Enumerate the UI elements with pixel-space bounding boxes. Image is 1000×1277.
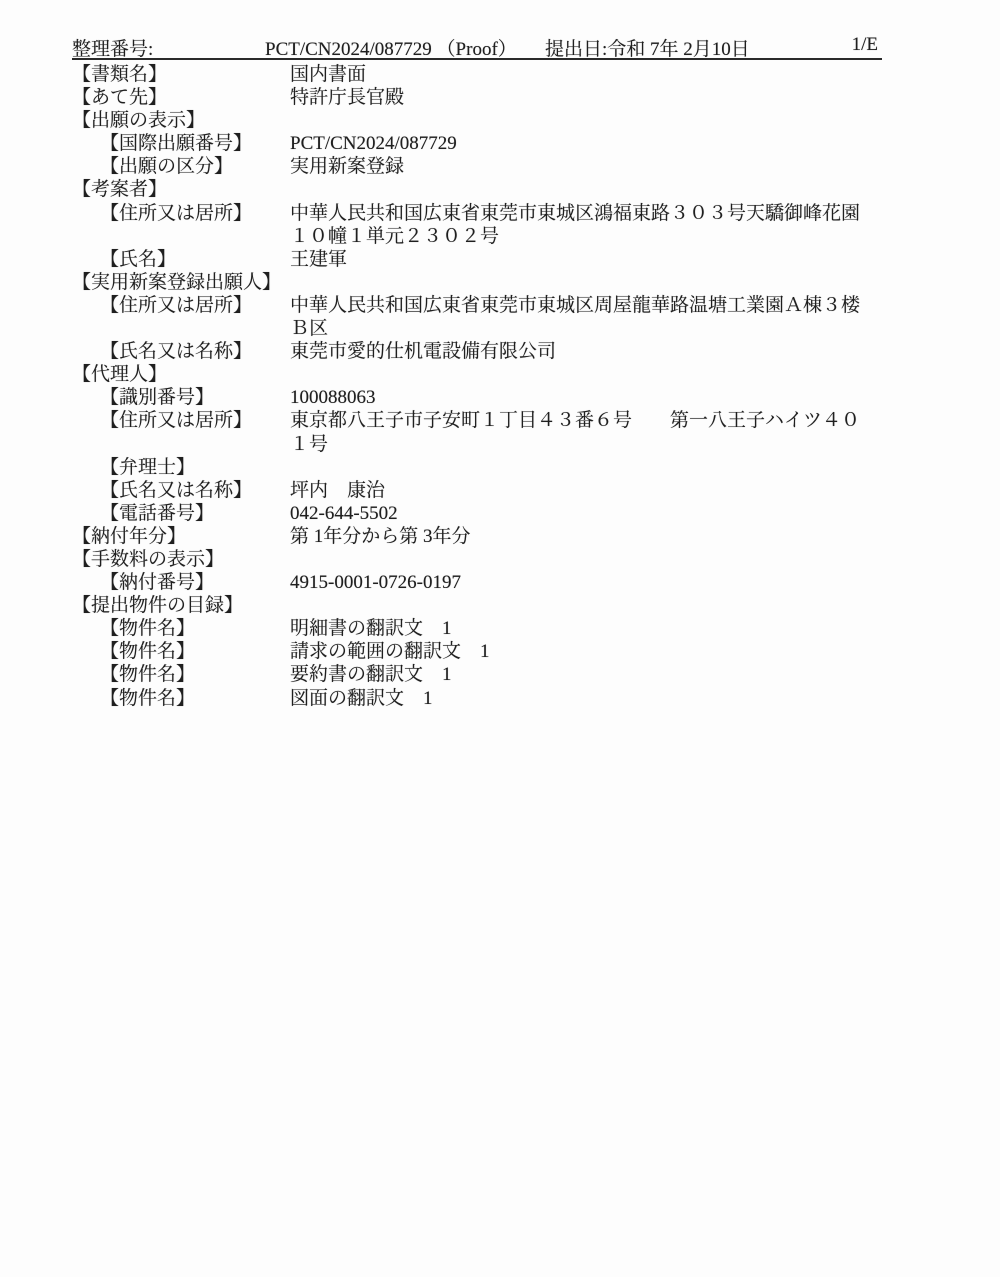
field-value: 中華人民共和国広東省東莞市東城区鴻福東路３０３号天驕御峰花園１０幢１単元２３０２… [290, 202, 878, 248]
field-label: 【物件名】 [72, 663, 290, 686]
scanned-document-page: 整理番号: PCT/CN2024/087729 （Proof） 提出日:令和 7… [0, 0, 1000, 1277]
field-value: 要約書の翻訳文 1 [290, 663, 878, 686]
field-value: 坪内 康治 [290, 479, 878, 502]
field-value: 東京都八王子市子安町１丁目４３番６号 第一八王子ハイツ４０１号 [290, 409, 878, 455]
field-label: 【氏名】 [72, 248, 290, 271]
document-field-row: 【実用新案登録出願人】 [72, 271, 882, 294]
field-label: 【出願の表示】 [72, 109, 290, 132]
field-label: 【提出物件の目録】 [72, 594, 290, 617]
field-value: 図面の翻訳文 1 [290, 687, 878, 710]
page-indicator: 1/E [852, 34, 878, 56]
field-label: 【氏名又は名称】 [72, 479, 290, 502]
field-label: 【物件名】 [72, 617, 290, 640]
document-field-row: 【書類名】 国内書面 [72, 63, 882, 86]
document-field-row: 【手数料の表示】 [72, 548, 882, 571]
field-label: 【電話番号】 [72, 502, 290, 525]
field-value: PCT/CN2024/087729 [290, 132, 878, 155]
field-label: 【納付番号】 [72, 571, 290, 594]
field-label: 【物件名】 [72, 687, 290, 710]
field-label: 【書類名】 [72, 63, 290, 86]
document-field-row: 【国際出願番号】 PCT/CN2024/087729 [72, 132, 882, 155]
document-body: 【書類名】 国内書面 【あて先】 特許庁長官殿 【出願の表示】 【国際出願番号】… [72, 63, 882, 710]
patent-filing-form: 整理番号: PCT/CN2024/087729 （Proof） 提出日:令和 7… [72, 34, 882, 710]
document-field-row: 【納付年分】 第 1年分から第 3年分 [72, 525, 882, 548]
document-field-row: 【出願の区分】 実用新案登録 [72, 155, 882, 178]
field-label: 【納付年分】 [72, 525, 290, 548]
field-value: 中華人民共和国広東省東莞市東城区周屋龍華路温塘工業園Ａ棟３楼Ｂ区 [290, 294, 878, 340]
field-label: 【弁理士】 [72, 456, 290, 479]
document-field-row: 【弁理士】 [72, 456, 882, 479]
field-label: 【出願の区分】 [72, 155, 290, 178]
field-value: 042-644-5502 [290, 502, 878, 525]
submission-date: 提出日:令和 7年 2月10日 [545, 34, 750, 61]
field-value: 100088063 [290, 386, 878, 409]
field-value: 国内書面 [290, 63, 878, 86]
field-value: 明細書の翻訳文 1 [290, 617, 878, 640]
field-value: 特許庁長官殿 [290, 86, 878, 109]
field-label: 【物件名】 [72, 640, 290, 663]
document-field-row: 【住所又は居所】 中華人民共和国広東省東莞市東城区鴻福東路３０３号天驕御峰花園１… [72, 202, 882, 248]
document-field-row: 【住所又は居所】 中華人民共和国広東省東莞市東城区周屋龍華路温塘工業園Ａ棟３楼Ｂ… [72, 294, 882, 340]
document-field-row: 【考案者】 [72, 178, 882, 201]
field-value: 請求の範囲の翻訳文 1 [290, 640, 878, 663]
field-label: 【住所又は居所】 [72, 294, 290, 317]
field-label: 【代理人】 [72, 363, 290, 386]
field-label: 【手数料の表示】 [72, 548, 290, 571]
document-field-row: 【氏名又は名称】 東莞市愛的仕机電設備有限公司 [72, 340, 882, 363]
document-field-row: 【氏名又は名称】 坪内 康治 [72, 479, 882, 502]
field-value: 第 1年分から第 3年分 [290, 525, 878, 548]
document-field-row: 【物件名】 要約書の翻訳文 1 [72, 663, 882, 686]
field-label: 【住所又は居所】 [72, 409, 290, 432]
document-field-row: 【氏名】 王建軍 [72, 248, 882, 271]
field-label: 【識別番号】 [72, 386, 290, 409]
document-field-row: 【住所又は居所】 東京都八王子市子安町１丁目４３番６号 第一八王子ハイツ４０１号 [72, 409, 882, 455]
field-value: 王建軍 [290, 248, 878, 271]
document-field-row: 【出願の表示】 [72, 109, 882, 132]
document-field-row: 【識別番号】 100088063 [72, 386, 882, 409]
document-field-row: 【納付番号】 4915-0001-0726-0197 [72, 571, 882, 594]
field-label: 【考案者】 [72, 178, 290, 201]
field-label: 【住所又は居所】 [72, 202, 290, 225]
document-header: 整理番号: PCT/CN2024/087729 （Proof） 提出日:令和 7… [72, 34, 882, 60]
document-field-row: 【提出物件の目録】 [72, 594, 882, 617]
docket-number-value: PCT/CN2024/087729 （Proof） [265, 34, 517, 61]
docket-number-label: 整理番号: [72, 34, 153, 61]
field-value: 東莞市愛的仕机電設備有限公司 [290, 340, 878, 363]
document-field-row: 【あて先】 特許庁長官殿 [72, 86, 882, 109]
field-label: 【氏名又は名称】 [72, 340, 290, 363]
field-value: 実用新案登録 [290, 155, 878, 178]
field-label: 【あて先】 [72, 86, 290, 109]
field-label: 【実用新案登録出願人】 [72, 271, 290, 294]
field-value: 4915-0001-0726-0197 [290, 571, 878, 594]
field-label: 【国際出願番号】 [72, 132, 290, 155]
document-field-row: 【物件名】 請求の範囲の翻訳文 1 [72, 640, 882, 663]
document-field-row: 【物件名】 明細書の翻訳文 1 [72, 617, 882, 640]
document-field-row: 【代理人】 [72, 363, 882, 386]
document-field-row: 【物件名】 図面の翻訳文 1 [72, 687, 882, 710]
document-field-row: 【電話番号】 042-644-5502 [72, 502, 882, 525]
